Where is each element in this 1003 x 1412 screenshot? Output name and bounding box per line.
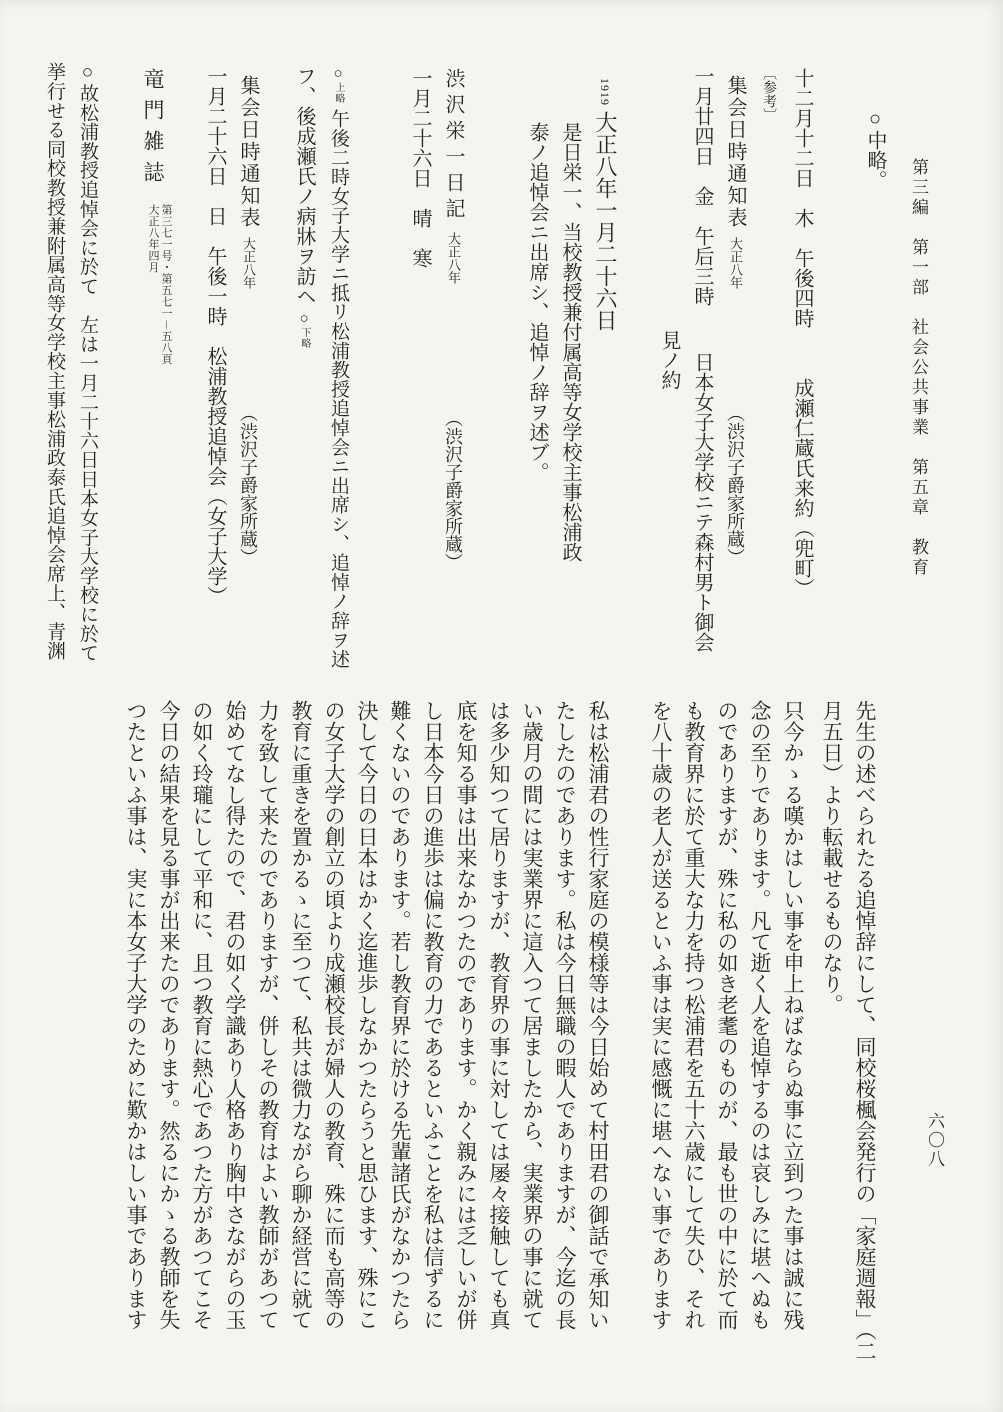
entry-date-heading-column: 1919大正八年一月二十六日 [586, 62, 624, 682]
entry-summary-line2: 泰ノ追悼会ニ出席シ、追悼ノ辞ヲ述ブ。 [520, 62, 553, 682]
text-line: たしたのであります。私は今日無職の暇人でありますが、今迄の長 [548, 700, 581, 1398]
text-line: を八十歳の老人が送るといふ事は実に感慨に堪へない事であります [644, 700, 677, 1398]
text-line: 月五日）より転載せるものなり。 [815, 700, 848, 1398]
ryumon-title: 竜門雑誌 [141, 68, 165, 192]
notice1-source: （渋沢子爵家所蔵） [725, 404, 745, 566]
notice2-entry: 一月二十六日 日 午後一時 松浦教授追悼会（女子大学） [198, 62, 231, 682]
issue-note-line1: 第三七一号・第五七一－五八頁 [159, 204, 172, 365]
text-line: の女子大学の創立の頃より成瀬校長が婦人の教育、殊に而も高等の [317, 700, 350, 1398]
text-line: つたといふ事は、実に本女子大学のために歎かはしい事であります [119, 700, 152, 1398]
text-line: い歳月の間には実業界に這入つて居ましたから、実業界の事に就て [515, 700, 548, 1398]
notice1-title-column: 集会日時通知表大正八年（渋沢子爵家所蔵） [718, 62, 752, 682]
text-line: は多少知つて居りますが、教育界の事に対しては屡々接触しても真 [482, 700, 515, 1398]
entry-date: 十二月十二日 木 午後四時 [791, 68, 813, 328]
notice1-era: 大正八年 [728, 237, 743, 289]
notice1-entry-date: 一月廿四日 金 午后三時 [691, 66, 713, 306]
notice1-entry-body: 日本女子大学校ニテ森村男ト御会 [691, 352, 713, 652]
diary-body-line1: ○上略午後二時女子大学ニ抵リ松浦教授追悼会ニ出席シ、追悼ノ辞ヲ述 [321, 62, 355, 682]
omit-end-mark: ○ [296, 311, 312, 327]
entry-body: 成瀬仁蔵氏来約（兜町） [791, 378, 813, 598]
text-line: 難くないのであります。若し教育界に於ける先輩諸氏がなかつたら [383, 700, 416, 1398]
western-year: 1919 [598, 78, 612, 106]
text-line: 只今かゝる嘆かはしい事を申上ねばならぬ事に立到つた事は誠に残 [776, 700, 809, 1398]
notice1-title: 集会日時通知表 [724, 75, 746, 229]
diary-body-text1: 午後二時女子大学ニ抵リ松浦教授追悼会ニ出席シ、追悼ノ辞ヲ述 [328, 109, 349, 669]
text-line: 私は松浦君の性行家庭の模様等は今日始めて村田君の御話で承知い [581, 700, 614, 1398]
diary-entry-november: 十二月十二日 木 午後四時成瀬仁蔵氏来約（兜町） [785, 62, 818, 682]
notice2-era: 大正八年 [241, 237, 256, 289]
document-page: 第三編 第一部 社会公共事業 第五章 教育 六〇八 ○中略。 十二月十二日 木 … [0, 0, 1003, 1412]
reference-label: 〔参考〕 [752, 62, 785, 682]
page-number: 六〇八 [922, 1112, 947, 1169]
text-line: 決して今日の日本はかく迄進歩しなかつたらうと思ひます、殊にこ [350, 700, 383, 1398]
diary-title-column: 渋沢栄一日記大正八年（渋沢子爵家所蔵） [436, 62, 470, 682]
omit-end-label: 下略 [299, 327, 310, 349]
text-line: 先生の述べられたる追悼辞にして、同校桜楓会発行の「家庭週報」（二 [848, 700, 881, 1398]
text-line: し日本今日の進歩は偏に教育の力であるといふことを私は信ずるに [416, 700, 449, 1398]
text-line: の如く玲瓏にして平和に、且つ教育に熱心であつた方があつてこそ [185, 700, 218, 1398]
text-line: のでありますが、殊に私の如き老耄のものが、最も世の中に於て而 [710, 700, 743, 1398]
notice1-entry-column: 一月廿四日 金 午后三時日本女子大学校ニテ森村男ト御会 [685, 62, 718, 682]
ryumon-headline-line1: ○故松浦教授追悼会に於て 左は一月二十六日日本女子大学校に於て [71, 62, 104, 682]
diary-body-text2: フ、後成瀬氏ノ病牀ヲ訪ヘ [293, 66, 315, 306]
text-line: 始めてなし得たので、君の如く学識あり人格あり胸中さながらの玉 [218, 700, 251, 1398]
diary-body-line2: フ、後成瀬氏ノ病牀ヲ訪ヘ○下略 [287, 62, 321, 682]
omission-note: ○中略。 [858, 62, 891, 682]
ryumon-issue-note: 第三七一号・第五七一－五八頁大正八年四月 [146, 204, 172, 365]
diary-source: （渋沢子爵家所蔵） [443, 409, 463, 571]
diary-entry-date: 一月二十六日 晴 寒 [403, 62, 436, 682]
text-line: 教育に重きを置かるゝに至つて、私共は微力ながら聊か経営に就て [284, 700, 317, 1398]
diary-title: 渋沢栄一日記 [442, 68, 464, 224]
omit-start-mark: ○ [330, 66, 346, 82]
chapter-header: 第三編 第一部 社会公共事業 第五章 教育 [906, 158, 931, 578]
text-line: も教育界に於て重大な力を持つ松浦君を五十六歳にして失ひ、それ [677, 700, 710, 1398]
text-line: 力を致して来たのでありますが、併しその教育はよい教師があつて [251, 700, 284, 1398]
notice2-title: 集会日時通知表 [237, 75, 259, 229]
entry-summary-line1: 是日栄一、当校教授兼付属高等女学校主事松浦政 [553, 62, 586, 682]
notice2-source: （渋沢子爵家所蔵） [238, 404, 258, 566]
diary-era: 大正八年 [446, 232, 461, 284]
top-section: ○中略。 十二月十二日 木 午後四時成瀬仁蔵氏来約（兜町） 〔参考〕 集会日時通… [38, 62, 891, 682]
text-line: 念の至りであります。凡て逝く人を追悼するのは哀しみに堪へぬも [743, 700, 776, 1398]
date-heading: 大正八年一月二十六日 [593, 111, 618, 331]
notice1-entry-continuation: 見ノ約 [652, 62, 685, 682]
ryumon-headline-line2: 挙行せる同校教授兼附属高等女学校主事松浦政泰氏追悼会席上、青渊 [38, 62, 71, 682]
eulogy-text-section: 先生の述べられたる追悼辞にして、同校桜楓会発行の「家庭週報」（二 月五日）より転… [119, 700, 881, 1398]
omit-start-label: 上略 [333, 82, 344, 104]
notice2-title-column: 集会日時通知表大正八年（渋沢子爵家所蔵） [231, 62, 265, 682]
ryumon-title-column: 竜門雑誌第三七一号・第五七一－五八頁大正八年四月 [136, 62, 172, 682]
text-line: 今日の結果を見る事が出来たのであります。然るにかゝる教師を失 [152, 700, 185, 1398]
issue-note-line2: 大正八年四月 [146, 204, 159, 365]
text-line: 底を知る事は出来なかつたのであります。かく親みには乏しいが併 [449, 700, 482, 1398]
